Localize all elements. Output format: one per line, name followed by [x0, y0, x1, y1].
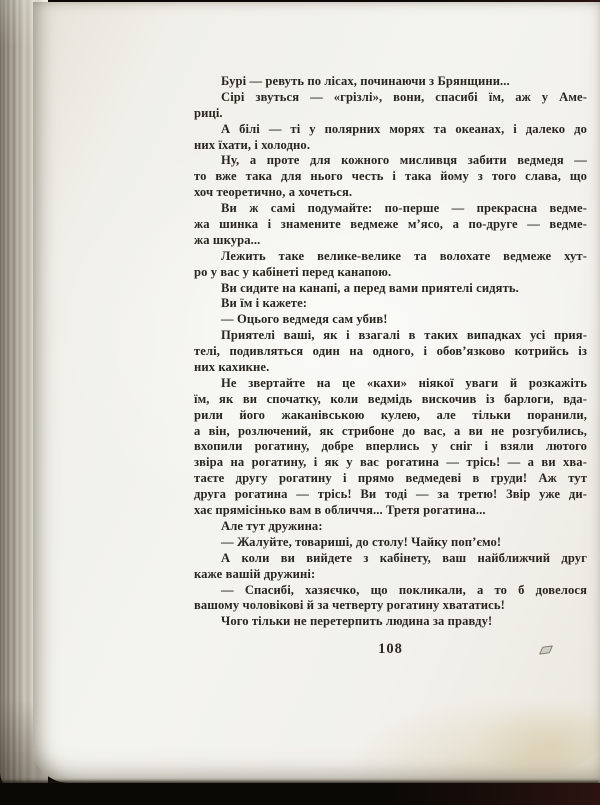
- text-line: Чого тільки не перетерпить людина за пра…: [194, 614, 587, 630]
- text-line: Ви сидите на канапі, а перед вами прияте…: [194, 281, 587, 297]
- text-line: жа шкура...: [194, 233, 587, 249]
- text-line: рили його жаканівською кулею, але тільки…: [194, 408, 587, 424]
- text-line: друга рогатина — трісь! Ви тоді — за тре…: [194, 487, 587, 503]
- page-number: 108: [194, 641, 587, 658]
- text-block: Бурі — ревуть по лісах, починаючи з Брян…: [194, 74, 587, 630]
- text-line: хає прямісінько вам в обличчя... Третя р…: [194, 503, 587, 519]
- text-line: Лежить таке велике-велике та волохате ве…: [194, 249, 587, 265]
- text-line: Ви ж самі подумайте: по-перше — прекрасн…: [194, 201, 587, 217]
- text-line: каже вашій дружині:: [194, 567, 587, 583]
- text-line: — Жалуйте, товариші, до столу! Чайку поп…: [194, 535, 587, 551]
- text-line: А білі — ті у полярних морях та океанах,…: [194, 122, 587, 138]
- text-line: ро у вас у кабінеті перед канапою.: [194, 265, 587, 281]
- book-scan: Бурі — ревуть по лісах, починаючи з Брян…: [0, 0, 600, 805]
- text-line: Але тут дружина:: [194, 519, 587, 535]
- book-page: Бурі — ревуть по лісах, починаючи з Брян…: [33, 2, 600, 783]
- text-line: то вже така для нього честь і така йому …: [194, 169, 587, 185]
- text-line: вхопили рогатину, добре вперлись у сніг …: [194, 439, 587, 455]
- text-line: Сірі звуться — «грізлі», вони, спасибі ї…: [194, 90, 587, 106]
- text-line: Приятелі ваші, як і взагалі в таких випа…: [194, 328, 587, 344]
- text-line: А коли ви вийдете з кабінету, ваш найбли…: [194, 551, 587, 567]
- text-line: їм, як ви спочатку, коли ведмідь вискочи…: [194, 392, 587, 408]
- paper-stain: [473, 702, 600, 772]
- text-line: них їхати, і холодно.: [194, 138, 587, 154]
- text-line: таєте другу рогатину і прямо ведмедеві в…: [194, 471, 587, 487]
- text-line: хоч теоретично, а хочеться.: [194, 185, 587, 201]
- text-line: — Оцього ведмедя сам убив!: [194, 312, 587, 328]
- text-line: вашому чоловікові й за четверту рогатину…: [194, 598, 587, 614]
- text-line: риці.: [194, 106, 587, 122]
- text-line: них кахикне.: [194, 360, 587, 376]
- text-line: телі, подивляться один на одного, і обов…: [194, 344, 587, 360]
- text-line: Ну, а проте для кожного мисливця забити …: [194, 153, 587, 169]
- text-line: Не звертайте на це «кахи» ніякої уваги й…: [194, 376, 587, 392]
- text-line: жа шинка і знамените ведмеже м’ясо, а по…: [194, 217, 587, 233]
- text-line: Ви їм і кажете:: [194, 296, 587, 312]
- text-line: а він, розлючений, як стрибоне до вас, а…: [194, 424, 587, 440]
- text-line: Бурі — ревуть по лісах, починаючи з Брян…: [194, 74, 587, 90]
- scan-bottom-shadow: [0, 783, 600, 805]
- text-line: — Спасибі, хазяєчко, що покликали, а то …: [194, 583, 587, 599]
- text-line: звіра на рогатину, і як у вас рогатина —…: [194, 455, 587, 471]
